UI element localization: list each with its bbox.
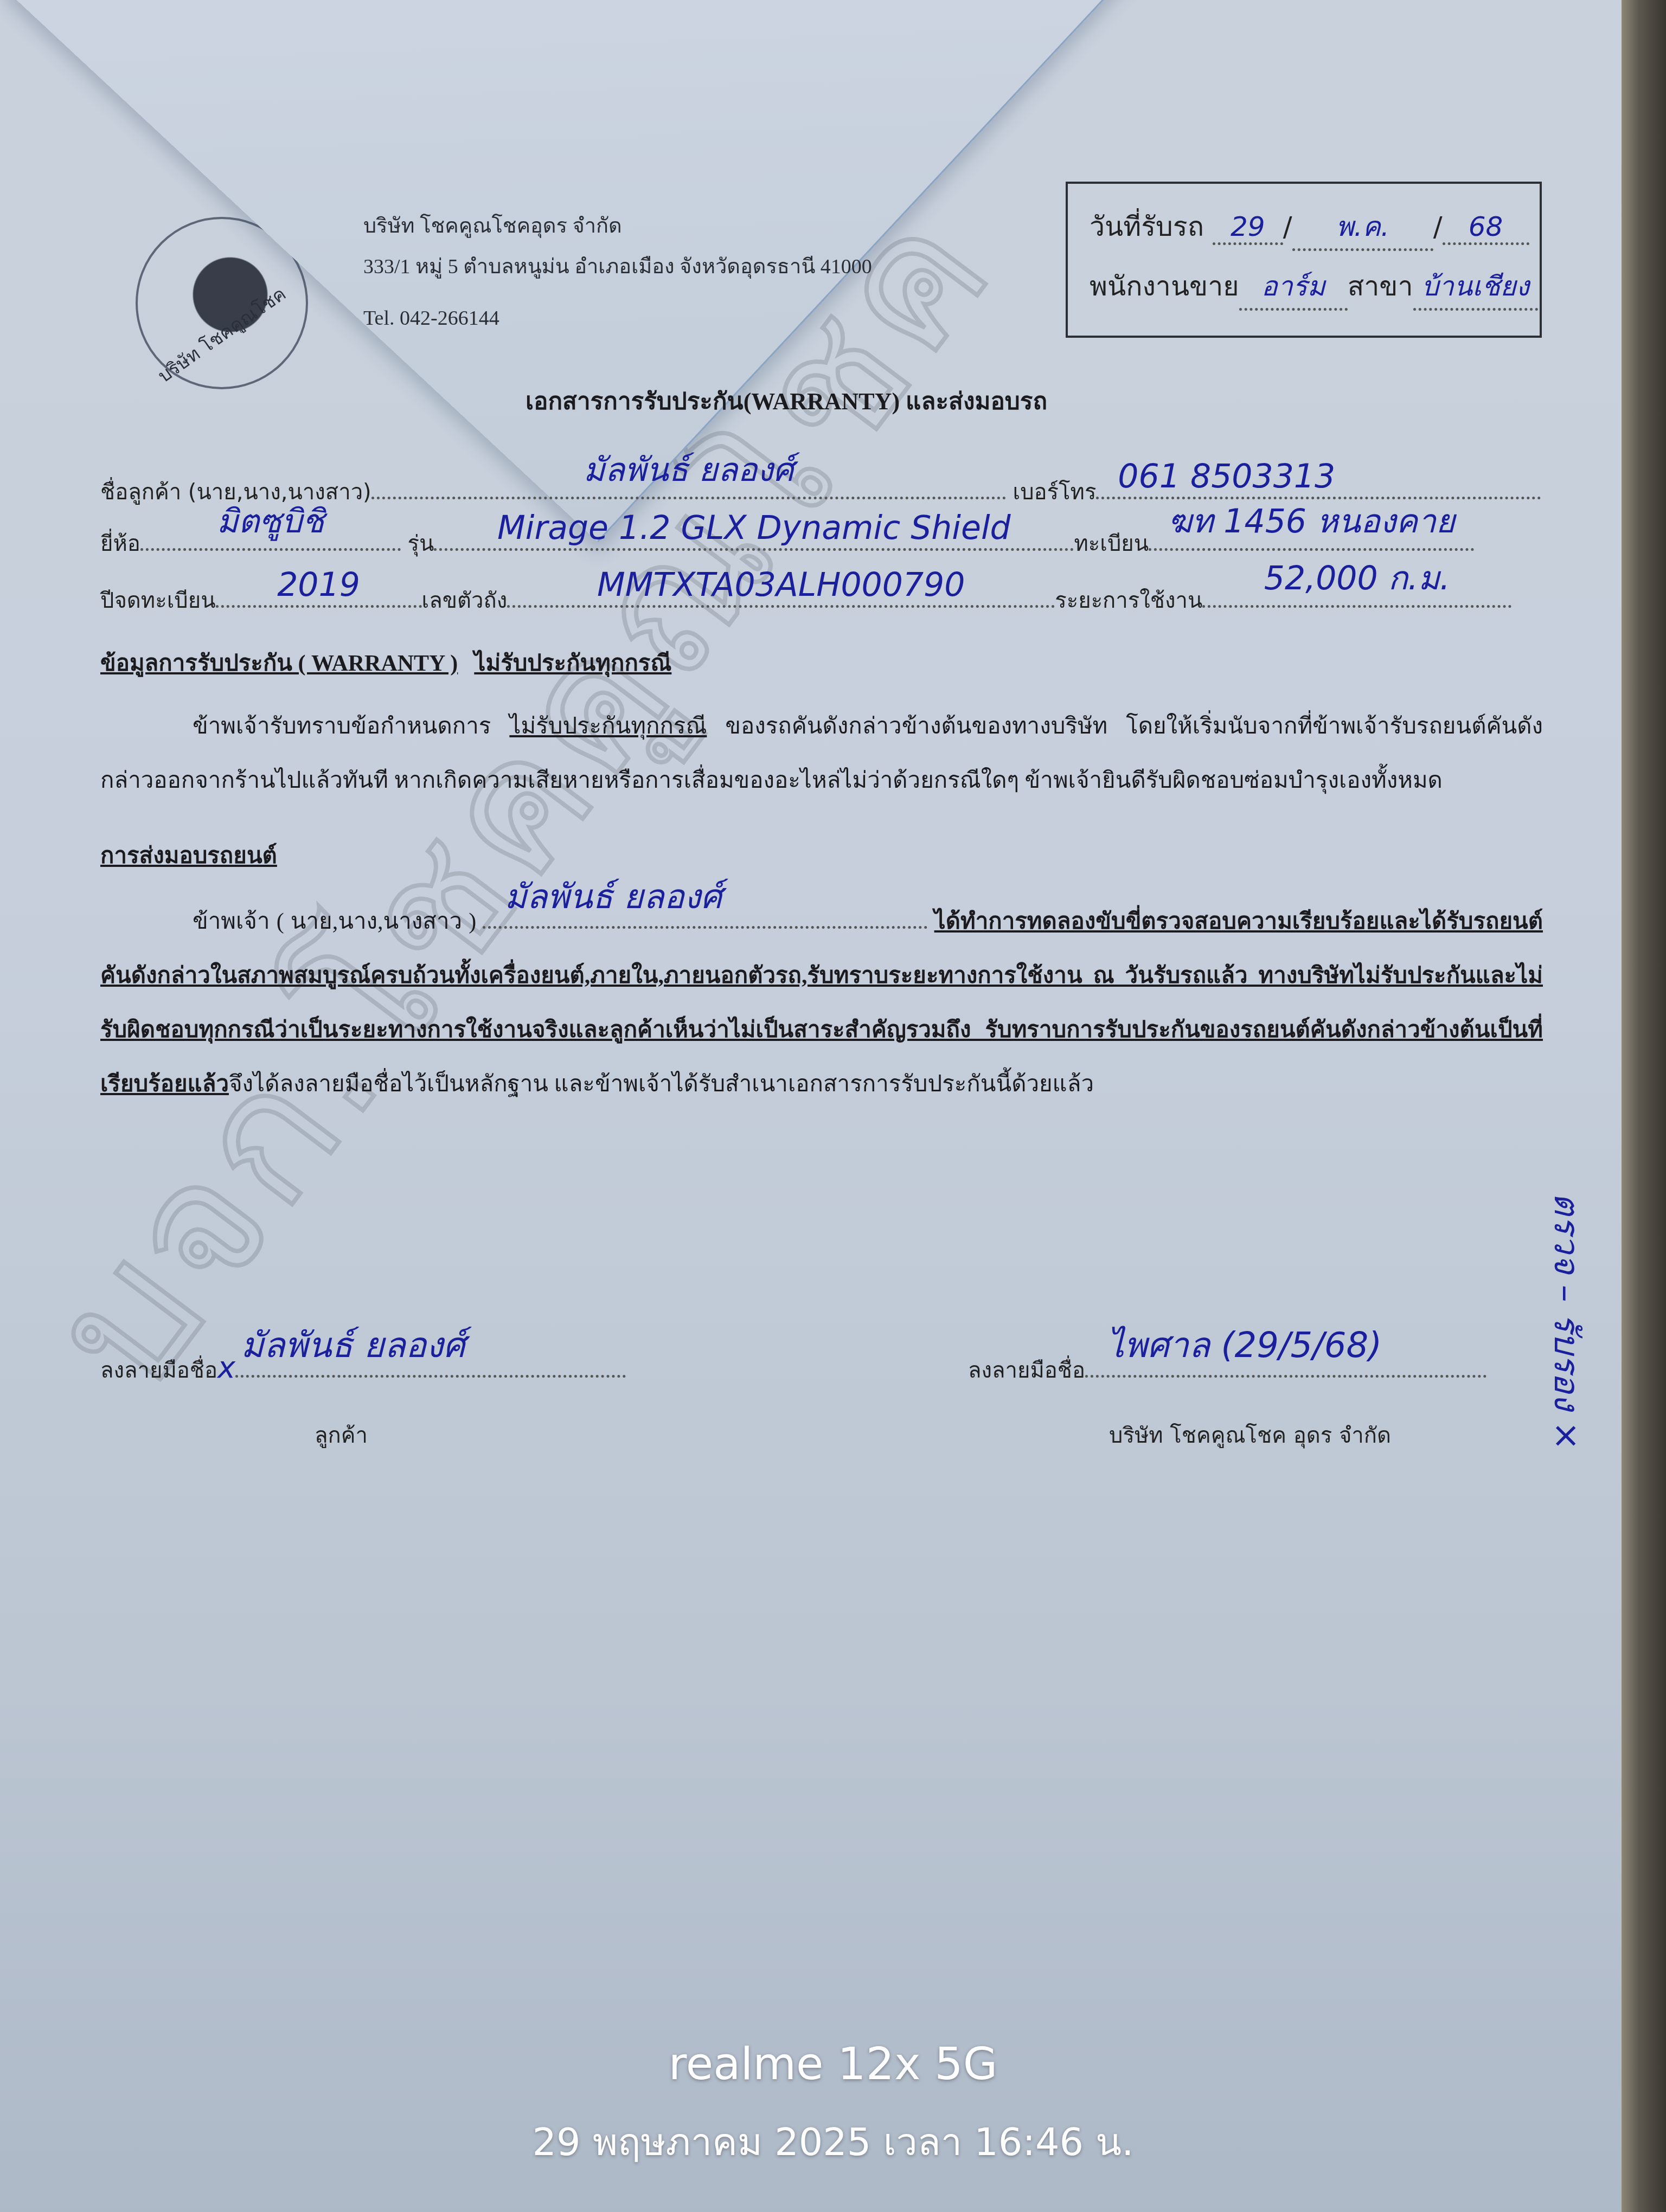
company-role: บริษัท โชคคูณโชค อุดร จำกัด xyxy=(1109,1418,1391,1452)
customer-role: ลูกค้า xyxy=(315,1418,368,1452)
phone-field: 061 8503313 xyxy=(1096,466,1541,499)
company-address: 333/1 หมู่ 5 ตำบลหนูม่น อำเภอเมือง จังหว… xyxy=(363,249,872,282)
receive-date-year: 68 xyxy=(1443,211,1529,245)
warranty-paragraph: ข้าพเจ้ารับทราบข้อกำหนดการ ไม่รับประกันท… xyxy=(100,699,1543,808)
receive-date-label: วันที่รับรถ xyxy=(1090,211,1204,242)
customer-sign-label: ลงลายมือชื่อ xyxy=(100,1358,217,1383)
mileage-label: ระยะการใช้งาน xyxy=(1055,588,1202,613)
customer-signature-row: ลงลายมือชื่อxมัลพันธ์ ยลองศ์ xyxy=(100,1350,626,1387)
brand-label: ยี่ห้อ xyxy=(100,531,140,556)
receive-date-row: วันที่รับรถ 29/พ.ค./68 xyxy=(1090,205,1529,251)
receive-date-day: 29 xyxy=(1213,211,1283,245)
chassis-field: MMTXTA03ALH000790 xyxy=(507,575,1055,608)
delivery-heading: การส่งมอบรถยนต์ xyxy=(100,838,277,873)
mileage-field: 52,000 ก.ม. xyxy=(1202,575,1511,608)
delivery-paragraph: ข้าพเจ้า ( นาย,นาง,นางสาว ) มัลพันธ์ ยลอ… xyxy=(100,895,1543,1111)
receipt-box: วันที่รับรถ 29/พ.ค./68 พนักงานขายอาร์มสา… xyxy=(1066,182,1542,338)
sales-field: อาร์ม xyxy=(1239,265,1348,311)
camera-model-stamp: realme 12x 5G xyxy=(0,2039,1666,2090)
camera-datetime-stamp: 29 พฤษภาคม 2025 เวลา 16:46 น. xyxy=(0,2112,1666,2172)
company-name: บริษัท โชคคูณโชคอุดร จำกัด xyxy=(363,209,622,242)
margin-note: ตรวจ – รับรอง × xyxy=(1535,1193,1600,1518)
warranty-heading: ข้อมูลการรับประกัน ( WARRANTY )ไม่รับประ… xyxy=(100,645,688,681)
branch-label: สาขา xyxy=(1348,271,1413,302)
document-title: เอกสารการรับประกัน(WARRANTY) และส่งมอบรถ xyxy=(0,382,1573,420)
reg-year-field: 2019 xyxy=(216,575,422,608)
delivery-closing: จึงได้ลงลายมือชื่อไว้เป็นหลักฐาน และข้าพ… xyxy=(229,1072,1094,1097)
delivery-name-field: มัลพันธ์ ยลองศ์ xyxy=(483,899,927,929)
company-tel: Tel. 042-266144 xyxy=(363,306,499,330)
branch-field: บ้านเชียง xyxy=(1413,265,1538,311)
table-edge xyxy=(1622,0,1666,2212)
model-field: Mirage 1.2 GLX Dynamic Shield xyxy=(434,518,1074,551)
reg-year-label: ปีจดทะเบียน xyxy=(100,588,216,613)
model-label: รุ่น xyxy=(408,531,434,556)
customer-sign-mark: x xyxy=(217,1350,235,1385)
company-sign-label: ลงลายมือชื่อ xyxy=(968,1358,1085,1383)
receive-date-month: พ.ค. xyxy=(1292,205,1433,251)
phone-label: เบอร์โทร xyxy=(1013,480,1096,505)
sales-row: พนักงานขายอาร์มสาขาบ้านเชียง xyxy=(1090,265,1538,311)
customer-name-field: มัลพันธ์ ยลองศ์ xyxy=(371,466,1006,499)
warranty-no-coverage: ไม่รับประกันทุกกรณี xyxy=(509,714,707,739)
brand-field: มิตซูบิชิ xyxy=(140,518,401,551)
company-signature-row: ลงลายมือชื่อไพศาล (29/5/68) xyxy=(968,1350,1486,1387)
company-signature-field: ไพศาล (29/5/68) xyxy=(1085,1350,1486,1378)
registration-row: ปีจดทะเบียน2019เลขตัวถังMMTXTA03ALH00079… xyxy=(100,575,1537,618)
chassis-label: เลขตัวถัง xyxy=(422,588,508,613)
plate-field: ฆท 1456 หนองคาย xyxy=(1149,518,1474,551)
warranty-text-start: ข้าพเจ้ารับทราบข้อกำหนดการ xyxy=(193,714,491,739)
warranty-heading-text: ข้อมูลการรับประกัน ( WARRANTY ) xyxy=(100,651,458,676)
warranty-heading-note: ไม่รับประกันทุกกรณี xyxy=(474,651,671,676)
customer-signature-field: มัลพันธ์ ยลองศ์ xyxy=(235,1350,626,1378)
delivery-terms: ได้ทำการทดลองขับขี่ตรวจสอบความเรียบร้อยแ… xyxy=(100,909,1543,1097)
delivery-intro: ข้าพเจ้า ( นาย,นาง,นางสาว ) xyxy=(193,909,476,934)
sales-label: พนักงานขาย xyxy=(1090,271,1239,302)
plate-label: ทะเบียน xyxy=(1074,531,1149,556)
